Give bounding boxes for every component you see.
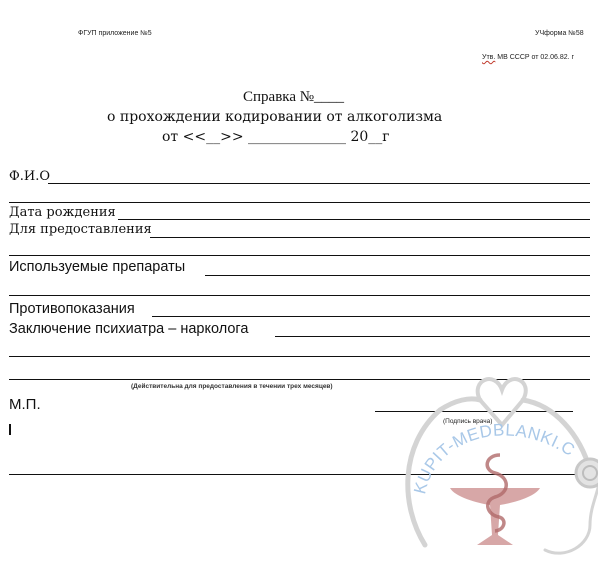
drugs-line-2[interactable] bbox=[9, 295, 590, 296]
text-cursor bbox=[9, 424, 11, 435]
drugs-label: Используемые препараты bbox=[9, 259, 185, 275]
approval-text: МВ СССР от 02.06.82. г bbox=[495, 54, 574, 61]
certificate-title: Справка №____ bbox=[243, 89, 344, 106]
heart-icon bbox=[478, 379, 526, 425]
validity-note: (Действительна для предоставления в тече… bbox=[131, 383, 333, 390]
approval-prefix: Утв. bbox=[482, 54, 495, 61]
provided-to-line-2[interactable] bbox=[9, 255, 590, 256]
watermark-text: KUPIT-MEDBLANKI.COM bbox=[395, 375, 578, 496]
drugs-line[interactable] bbox=[205, 275, 590, 276]
provided-to-label: Для предоставления bbox=[9, 222, 152, 237]
fio-line-2[interactable] bbox=[9, 202, 590, 203]
provided-to-line[interactable] bbox=[150, 237, 590, 238]
contraindications-label: Противопоказания bbox=[9, 301, 135, 317]
bowl-of-hygieia-icon bbox=[450, 455, 540, 545]
conclusion-line-2[interactable] bbox=[9, 356, 590, 357]
watermark-logo: KUPIT-MEDBLANKI.COM bbox=[395, 375, 598, 581]
fio-line[interactable] bbox=[48, 183, 590, 184]
conclusion-line[interactable] bbox=[275, 336, 590, 337]
certificate-subtitle: о прохождении кодировании от алкоголизма bbox=[107, 109, 442, 125]
header-approval: Утв. МВ СССР от 02.06.82. г bbox=[482, 54, 574, 61]
stamp-label: М.П. bbox=[9, 396, 41, 413]
certificate-date-line: от <<__>> ______________ 20__г bbox=[162, 129, 390, 145]
birth-date-label: Дата рождения bbox=[9, 205, 116, 220]
stethoscope-chestpiece-icon bbox=[576, 459, 598, 487]
header-form-number: УЧформа №58 bbox=[535, 30, 584, 37]
conclusion-label: Заключение психиатра – нарколога bbox=[9, 321, 248, 337]
fio-label: Ф.И.О bbox=[9, 169, 50, 184]
header-left-label: ФГУП приложение №5 bbox=[78, 30, 152, 37]
birth-date-line[interactable] bbox=[118, 219, 590, 220]
contraindications-line[interactable] bbox=[152, 316, 590, 317]
